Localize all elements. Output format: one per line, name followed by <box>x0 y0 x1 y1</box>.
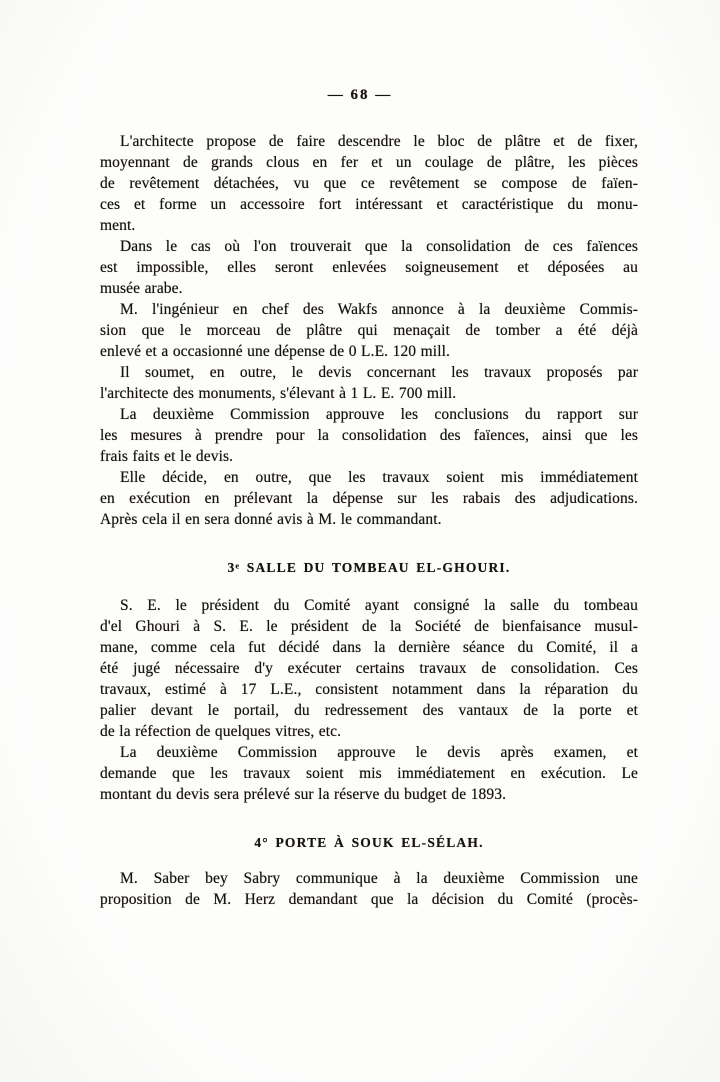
paragraph-2: Dans le cas où l'on trouverait que la co… <box>100 236 638 299</box>
page-number: — 68 — <box>90 86 630 105</box>
paragraph-3: M. l'ingénieur en chef des Wakfs annonce… <box>100 299 638 362</box>
paragraph-8: La deuxième Commission approuve le devis… <box>100 742 638 805</box>
text-line: Il soumet, en outre, le devis concernant… <box>100 362 638 383</box>
text-line: S. E. le président du Comité ayant consi… <box>100 595 638 616</box>
text-line: M. Saber bey Sabry communique à la deuxi… <box>100 868 638 889</box>
text-line: Après cela il en sera donné avis à M. le… <box>100 509 638 530</box>
document-page: — 68 — L'architecte propose de faire des… <box>0 0 720 1082</box>
text-line: montant du devis sera prélevé sur la rés… <box>100 784 638 805</box>
text-line: La deuxième Commission approuve le devis… <box>100 742 638 763</box>
text-line: moyennant de grands clous en fer et un c… <box>100 152 638 173</box>
text-line: d'el Ghouri à S. E. le président de la S… <box>100 616 638 637</box>
paragraph-7: S. E. le président du Comité ayant consi… <box>100 595 638 742</box>
text-line: travaux, estimé à 17 L.E., consistent no… <box>100 679 638 700</box>
text-line: mane, comme cela fut décidé dans la dern… <box>100 637 638 658</box>
text-line: les mesures à prendre pour la consolidat… <box>100 425 638 446</box>
page-body: L'architecte propose de faire descendre … <box>100 131 638 910</box>
text-line: de la réfection de quelques vitres, etc. <box>100 721 638 742</box>
text-line: enlevé et a occasionné une dépense de 0 … <box>100 341 638 362</box>
text-line: demande que les travaux soient mis imméd… <box>100 763 638 784</box>
text-line: ces et forme un accessoire fort intéress… <box>100 194 638 215</box>
text-line: été jugé nécessaire d'y exécuter certain… <box>100 658 638 679</box>
text-line: frais faits et le devis. <box>100 446 638 467</box>
text-line: M. l'ingénieur en chef des Wakfs annonce… <box>100 299 638 320</box>
text-line: de revêtement détachées, vu que ce revêt… <box>100 173 638 194</box>
paragraph-1: L'architecte propose de faire descendre … <box>100 131 638 236</box>
text-line: proposition de M. Herz demandant que la … <box>100 889 638 910</box>
text-line: palier devant le portail, du redressemen… <box>100 700 638 721</box>
text-line: est impossible, elles seront enlevées so… <box>100 257 638 278</box>
section-heading-salle-tombeau-el-ghouri: 3ᵉ SALLE DU TOMBEAU EL-GHOURI. <box>100 557 638 578</box>
section-heading-porte-souk-el-selah: 4° PORTE À SOUK EL-SÉLAH. <box>100 832 638 853</box>
text-line: Elle décide, en outre, que les travaux s… <box>100 467 638 488</box>
text-line: L'architecte propose de faire descendre … <box>100 131 638 152</box>
text-line: Dans le cas où l'on trouverait que la co… <box>100 236 638 257</box>
text-line: sion que le morceau de plâtre qui menaça… <box>100 320 638 341</box>
paragraph-4: Il soumet, en outre, le devis concernant… <box>100 362 638 404</box>
text-line: musée arabe. <box>100 278 638 299</box>
paragraph-9: M. Saber bey Sabry communique à la deuxi… <box>100 868 638 910</box>
text-line: ment. <box>100 215 638 236</box>
text-line: l'architecte des monuments, s'élevant à … <box>100 383 638 404</box>
paragraph-5: La deuxième Commission approuve les conc… <box>100 404 638 467</box>
text-line: en exécution en prélevant la dépense sur… <box>100 488 638 509</box>
paragraph-6: Elle décide, en outre, que les travaux s… <box>100 467 638 530</box>
text-line: La deuxième Commission approuve les conc… <box>100 404 638 425</box>
